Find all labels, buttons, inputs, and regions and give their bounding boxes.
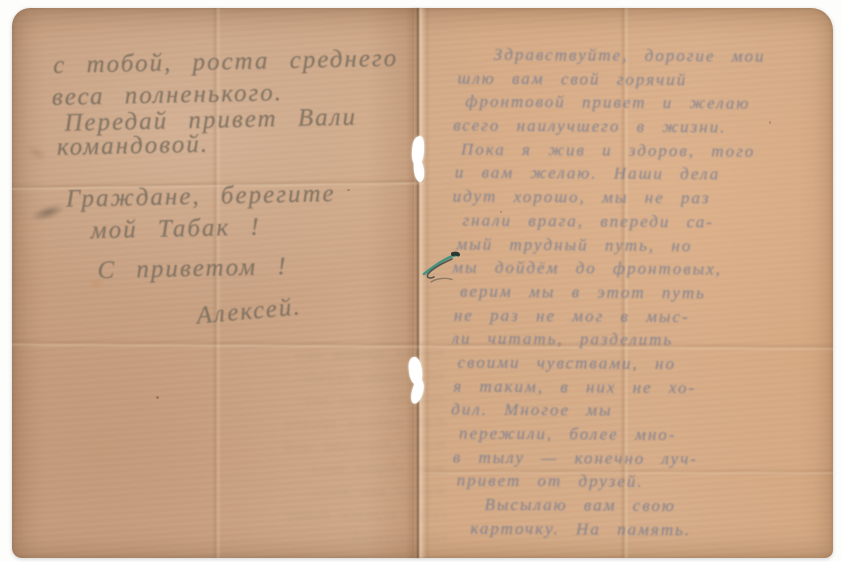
- handwriting-line: Граждане, берегите: [66, 180, 336, 214]
- handwriting-line: своими чувствами, но: [457, 351, 837, 377]
- handwriting-line: С приветом !: [97, 253, 288, 285]
- handwriting-line: дил. Многое мы: [451, 398, 837, 424]
- handwriting-left-page: с тобой, роста среднего веса полненького…: [41, 38, 449, 356]
- handwriting-line: пережили, более мно-: [459, 422, 837, 448]
- handwriting-line: Здравствуйте, дорогие мои: [494, 43, 840, 69]
- teal-check-mark: [418, 243, 470, 295]
- handwriting-line: привет от друзей.: [457, 469, 837, 495]
- handwriting-line: мы дойдём до фронтовых,: [452, 256, 838, 282]
- handwriting-line: Высылаю вам свою: [484, 493, 836, 519]
- handwriting-line: мый трудный путь, но: [456, 232, 838, 258]
- handwriting-line: с тобой, роста среднего: [53, 45, 399, 80]
- handwriting-line: Пока я жив и здоров, того: [461, 137, 839, 163]
- handwriting-line: шлю вам свой горячий: [457, 66, 839, 92]
- handwriting-line: всего наилучшего в жизни.: [453, 114, 839, 140]
- ghost-line: ваш Алексей: [215, 526, 447, 553]
- handwriting-line: гнали врага, впереди са-: [462, 209, 838, 235]
- handwriting-line: в тылу — конечно луч-: [453, 445, 837, 471]
- handwriting-line: не раз не мог в мыс-: [454, 303, 838, 329]
- paper-speck: [156, 396, 159, 399]
- handwriting-line: и вам желаю. Наши дела: [455, 161, 839, 187]
- handwriting-line: карточку. На память.: [470, 517, 836, 543]
- handwriting-line: ли читать, разделить: [452, 327, 838, 353]
- letter-scan: с тобой, роста среднего веса полненького…: [0, 0, 842, 562]
- handwriting-line: фронтовой привет и желаю: [465, 90, 839, 116]
- handwriting-line: верим мы в этот путь: [460, 280, 838, 306]
- handwriting-line: идут хорошо, мы не раз: [453, 185, 839, 211]
- signature: Алексей.: [195, 293, 302, 330]
- handwriting-line: командовой.: [57, 131, 210, 162]
- handwriting-right-page: Здравствуйте, дорогие мои шлю вам свой г…: [450, 43, 840, 554]
- handwriting-line: мой Табак !: [90, 214, 261, 246]
- handwriting-line: я таким, в них не хо-: [453, 374, 837, 400]
